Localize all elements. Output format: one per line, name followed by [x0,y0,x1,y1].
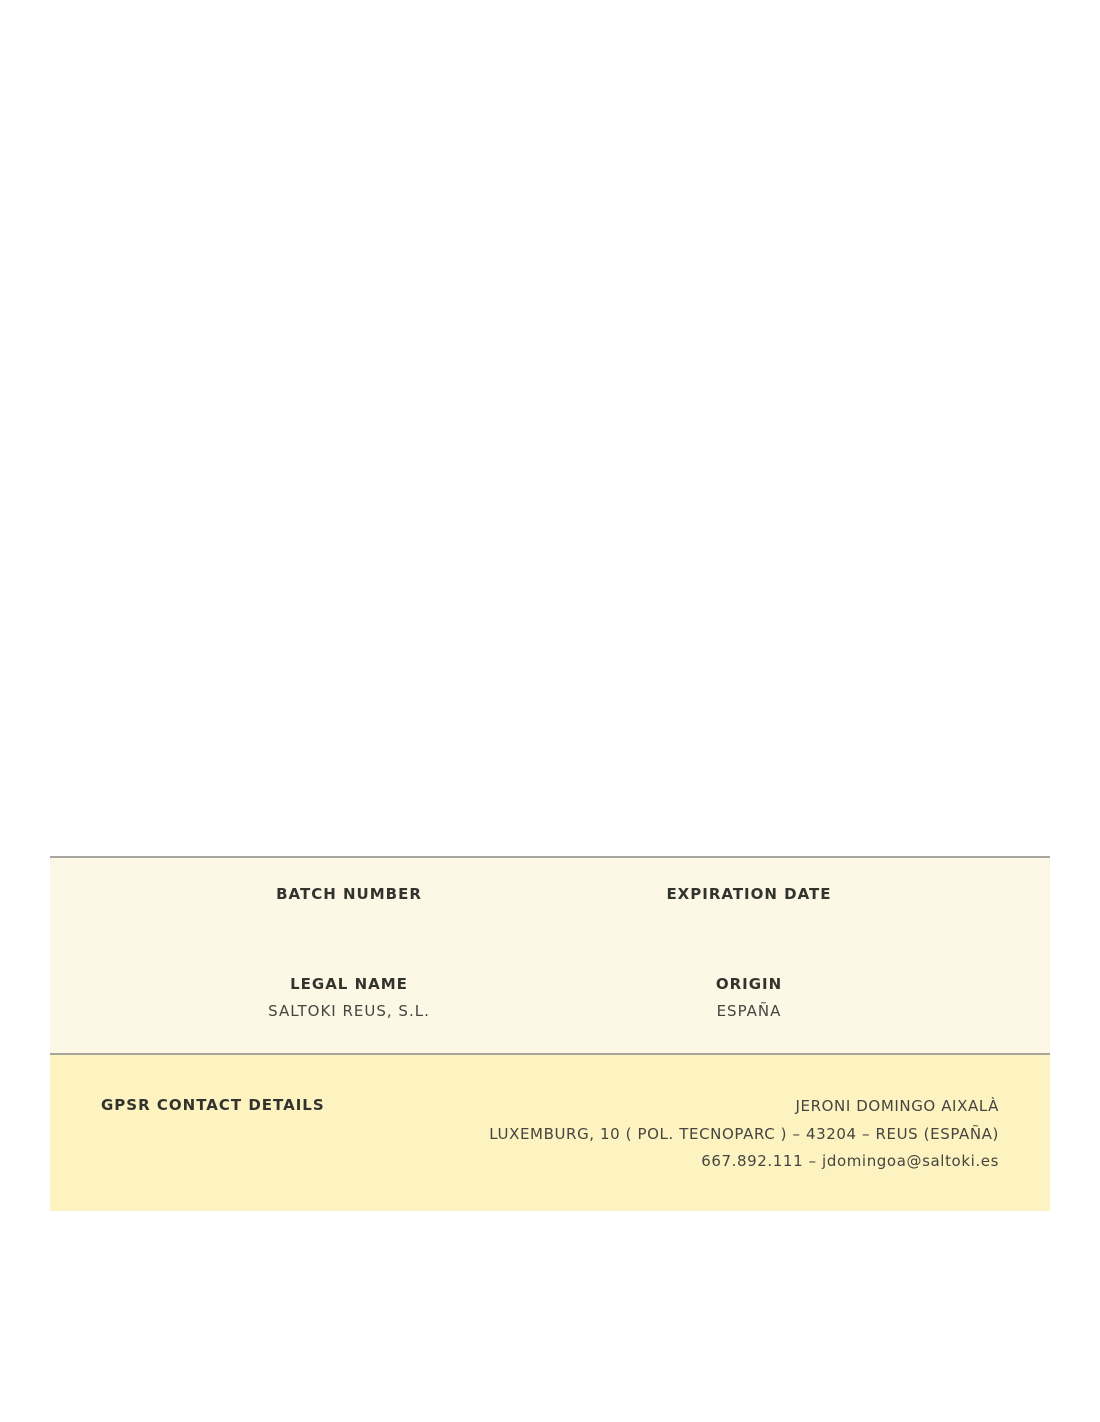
origin-field: ORIGIN ESPAÑA [599,975,899,1020]
legal-name-label: LEGAL NAME [199,975,499,993]
batch-number-label: BATCH NUMBER [199,885,499,903]
origin-label: ORIGIN [599,975,899,993]
gpsr-contact-details: JERONI DOMINGO AIXALÀ LUXEMBURG, 10 ( PO… [489,1096,999,1175]
contact-address: LUXEMBURG, 10 ( POL. TECNOPARC ) – 43204… [489,1121,999,1148]
gpsr-contact-label: GPSR CONTACT DETAILS [101,1096,325,1114]
legal-name-value: SALTOKI REUS, S.L. [199,1002,499,1020]
contact-phone-email: 667.892.111 – jdomingoa@saltoki.es [489,1148,999,1175]
expiration-date-field: EXPIRATION DATE [599,885,899,912]
legal-name-field: LEGAL NAME SALTOKI REUS, S.L. [199,975,499,1020]
batch-number-field: BATCH NUMBER [199,885,499,912]
expiration-date-label: EXPIRATION DATE [599,885,899,903]
contact-name: JERONI DOMINGO AIXALÀ [489,1096,999,1116]
product-info-section: BATCH NUMBER EXPIRATION DATE LEGAL NAME … [50,856,1050,1053]
origin-value: ESPAÑA [599,1002,899,1020]
gpsr-contact-section: GPSR CONTACT DETAILS JERONI DOMINGO AIXA… [50,1053,1050,1211]
